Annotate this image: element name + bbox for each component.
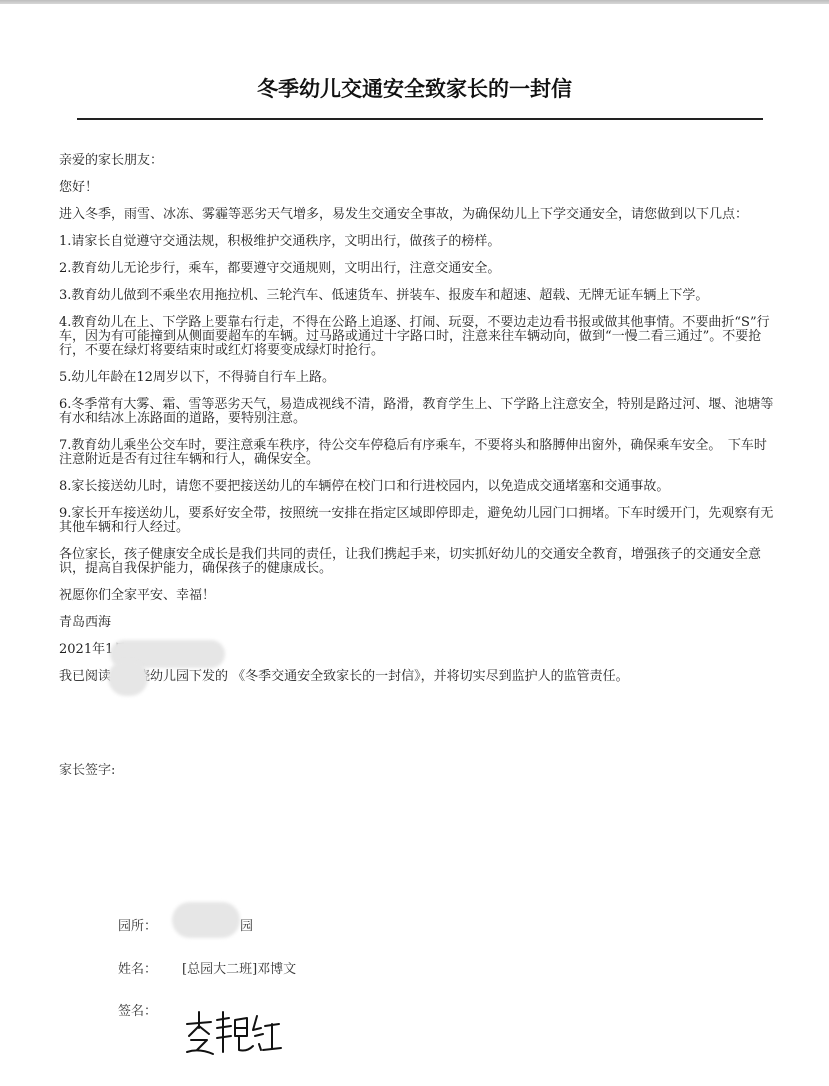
greeting: 亲爱的家长朋友： <box>59 154 779 168</box>
list-item: 9.家长开车接送幼儿，要系好安全带，按照统一安排在指定区域即停即走，避免幼儿园门… <box>59 507 779 535</box>
list-item: 1.请家长自觉遵守交通法规，积极维护交通秩序，文明出行，做孩子的榜样。 <box>59 235 779 249</box>
acknowledgement: 我已阅读并知晓幼儿园下发的 《冬季交通安全致家长的一封信》，并将切实尽到监护人的… <box>59 670 779 684</box>
list-item: 3.教育幼儿做到不乘坐农用拖拉机、三轮汽车、低速货车、拼装车、报废车和超速、超载… <box>59 289 779 303</box>
list-item: 7.教育幼儿乘坐公交车时，要注意乘车秩序，待公交车停稳后有序乘车，不要将头和胳膊… <box>59 439 779 467</box>
school-value: 园 <box>240 919 253 934</box>
list-item: 8.家长接送幼儿时，请您不要把接送幼儿的车辆停在校门口和行进校园内，以免造成交通… <box>59 480 779 494</box>
redaction-blur <box>172 902 240 938</box>
top-shade <box>0 0 829 4</box>
signature-label: 签名： <box>118 1000 182 1019</box>
parent-signature-label: 家长签字: <box>59 759 115 778</box>
redaction-blur <box>108 660 148 696</box>
closing-paragraph: 各位家长，孩子健康安全成长是我们共同的责任，让我们携起手来，切实抓好幼儿的交通安… <box>59 548 779 576</box>
list-item: 6.冬季常有大雾、霜、雪等恶劣天气，易造成视线不清，路滑，教育学生上、下学路上注… <box>59 398 779 426</box>
letter-body: 亲爱的家长朋友： 您好！ 进入冬季，雨雪、冰冻、雾霾等恶劣天气增多，易发生交通安… <box>59 154 779 697</box>
list-item: 4.教育幼儿在上、下学路上要靠右行走，不得在公路上追逐、打闹、玩耍，不要边走边看… <box>59 316 779 358</box>
name-value: [总园大二班]邓博文 <box>182 962 296 977</box>
sender: 青岛西海 <box>59 616 779 630</box>
document-title: 冬季幼儿交通安全致家长的一封信 <box>0 73 829 103</box>
signature-row: 签名： <box>118 1000 182 1019</box>
list-item: 2.教育幼儿无论步行，乘车，都要遵守交通规则，文明出行，注意交通安全。 <box>59 262 779 276</box>
hello: 您好！ <box>59 181 779 195</box>
list-item: 5.幼儿年龄在12周岁以下，不得骑自行车上路。 <box>59 371 779 385</box>
intro-paragraph: 进入冬季，雨雪、冰冻、雾霾等恶劣天气增多，易发生交通安全事故，为确保幼儿上下学交… <box>59 208 779 222</box>
name-row: 姓名：[总园大二班]邓博文 <box>118 958 296 977</box>
wish: 祝愿你们全家平安、幸福！ <box>59 589 779 603</box>
title-divider <box>77 118 763 120</box>
handwritten-signature <box>183 1006 283 1062</box>
name-label: 姓名： <box>118 958 182 977</box>
